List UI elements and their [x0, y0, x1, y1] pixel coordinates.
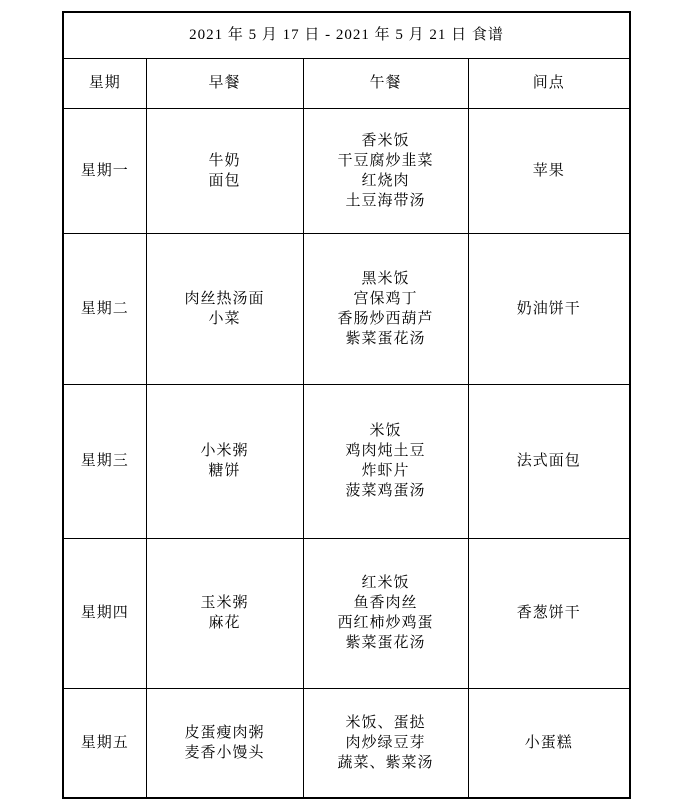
snack-cell: 苹果 [468, 108, 630, 233]
snack-cell: 奶油饼干 [468, 233, 630, 384]
lunch-cell: 红米饭 鱼香肉丝 西红柿炒鸡蛋 紫菜蛋花汤 [303, 538, 468, 688]
table-row-friday: 星期五 皮蛋瘦肉粥 麦香小馒头 米饭、蛋挞 肉炒绿豆芽 蔬菜、紫菜汤 小蛋糕 [63, 688, 630, 798]
day-label: 星期二 [63, 233, 146, 384]
column-header-lunch: 午餐 [303, 58, 468, 108]
snack-cell: 小蛋糕 [468, 688, 630, 798]
day-label: 星期一 [63, 108, 146, 233]
breakfast-cell: 牛奶 面包 [146, 108, 303, 233]
table-row-tuesday: 星期二 肉丝热汤面 小菜 黑米饭 宫保鸡丁 香肠炒西葫芦 紫菜蛋花汤 奶油饼干 [63, 233, 630, 384]
snack-cell: 香葱饼干 [468, 538, 630, 688]
lunch-cell: 黑米饭 宫保鸡丁 香肠炒西葫芦 紫菜蛋花汤 [303, 233, 468, 384]
table-row-wednesday: 星期三 小米粥 糖饼 米饭 鸡肉炖土豆 炸虾片 菠菜鸡蛋汤 法式面包 [63, 384, 630, 538]
day-label: 星期三 [63, 384, 146, 538]
day-label: 星期四 [63, 538, 146, 688]
breakfast-cell: 肉丝热汤面 小菜 [146, 233, 303, 384]
column-header-day: 星期 [63, 58, 146, 108]
breakfast-cell: 皮蛋瘦肉粥 麦香小馒头 [146, 688, 303, 798]
day-label: 星期五 [63, 688, 146, 798]
title-row: 2021 年 5 月 17 日 - 2021 年 5 月 21 日 食谱 [63, 12, 630, 58]
column-header-breakfast: 早餐 [146, 58, 303, 108]
table-row-thursday: 星期四 玉米粥 麻花 红米饭 鱼香肉丝 西红柿炒鸡蛋 紫菜蛋花汤 香葱饼干 [63, 538, 630, 688]
header-row: 星期 早餐 午餐 间点 [63, 58, 630, 108]
lunch-cell: 香米饭 干豆腐炒韭菜 红烧肉 土豆海带汤 [303, 108, 468, 233]
lunch-cell: 米饭 鸡肉炖土豆 炸虾片 菠菜鸡蛋汤 [303, 384, 468, 538]
breakfast-cell: 玉米粥 麻花 [146, 538, 303, 688]
document-page: 2021 年 5 月 17 日 - 2021 年 5 月 21 日 食谱 星期 … [0, 0, 691, 803]
snack-cell: 法式面包 [468, 384, 630, 538]
table-title: 2021 年 5 月 17 日 - 2021 年 5 月 21 日 食谱 [63, 12, 630, 58]
table-row-monday: 星期一 牛奶 面包 香米饭 干豆腐炒韭菜 红烧肉 土豆海带汤 苹果 [63, 108, 630, 233]
column-header-snack: 间点 [468, 58, 630, 108]
breakfast-cell: 小米粥 糖饼 [146, 384, 303, 538]
lunch-cell: 米饭、蛋挞 肉炒绿豆芽 蔬菜、紫菜汤 [303, 688, 468, 798]
menu-table: 2021 年 5 月 17 日 - 2021 年 5 月 21 日 食谱 星期 … [62, 11, 631, 799]
